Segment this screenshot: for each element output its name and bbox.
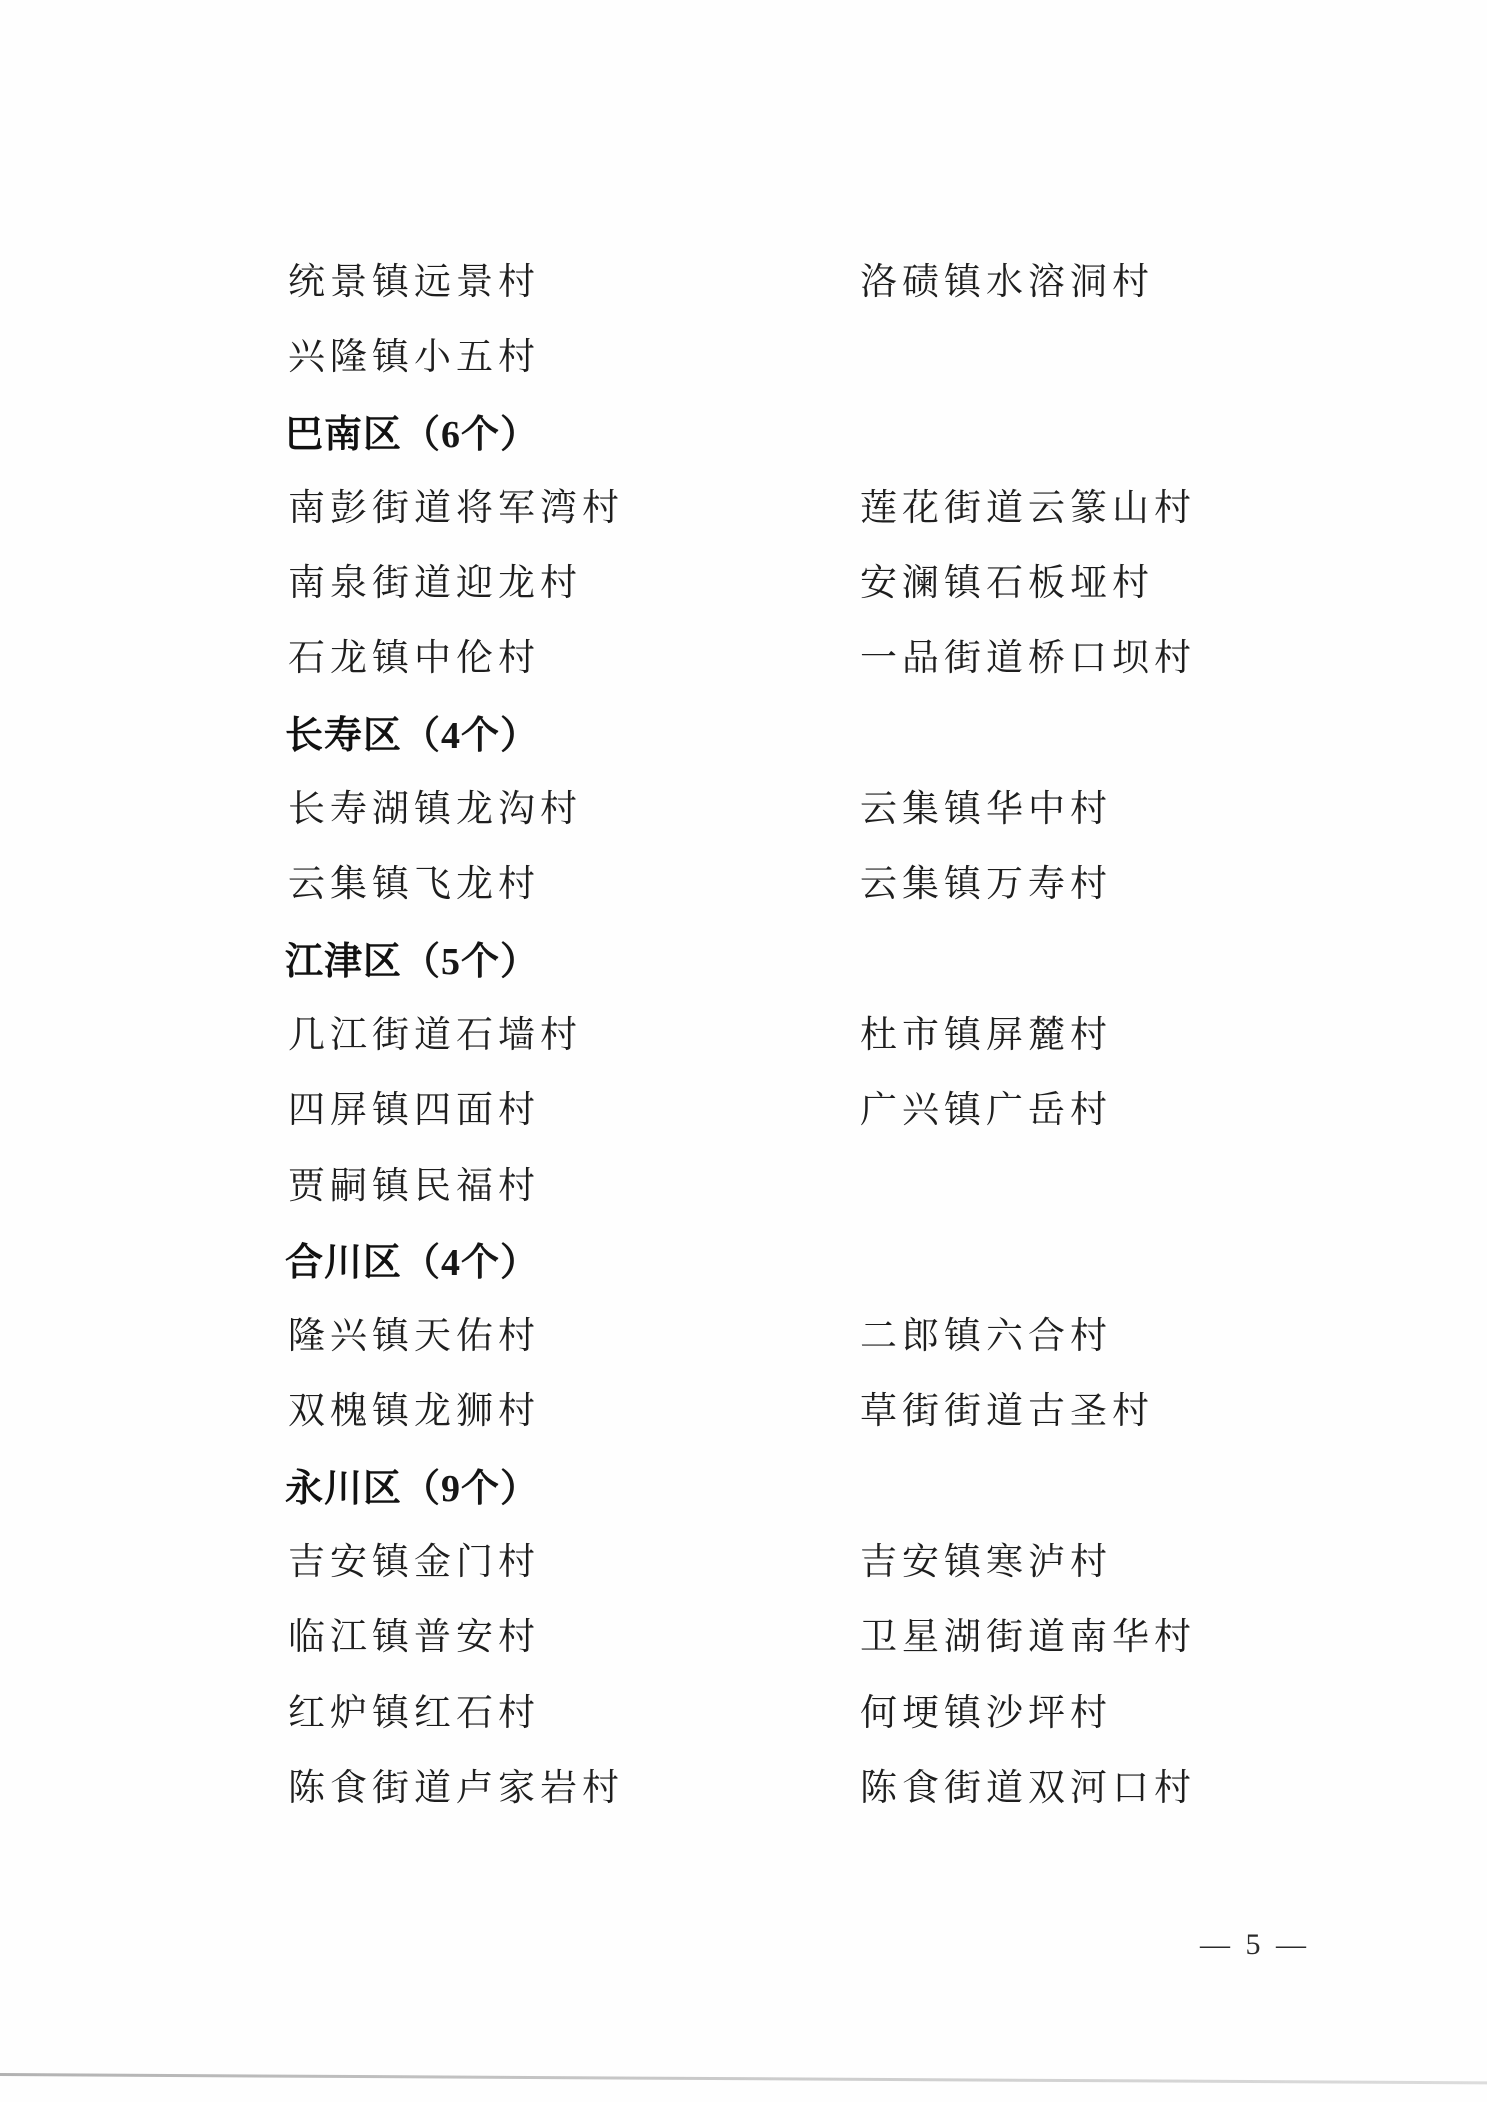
district-heading: 巴南区（6个） <box>285 413 539 457</box>
village-name: 吉安镇金门村 <box>288 1542 860 1584</box>
village-name: 云集镇华中村 <box>860 789 1112 831</box>
scan-artifact-line <box>0 2073 1487 2084</box>
district-name: 巴南区 <box>285 414 402 456</box>
document-page: 统景镇远景村 洛碛镇水溶洞村 兴隆镇小五村 巴南区（6个） 南彭街道将军湾村 莲… <box>0 0 1487 2102</box>
village-name: 几江街道石墙村 <box>288 1015 860 1057</box>
village-row: 贾嗣镇民福村 <box>0 1166 1487 1241</box>
village-row: 统景镇远景村 洛碛镇水溶洞村 <box>0 262 1487 337</box>
village-name: 杜市镇屏麓村 <box>860 1015 1112 1057</box>
village-name: 统景镇远景村 <box>288 262 860 304</box>
village-row: 石龙镇中伦村 一品街道桥口坝村 <box>0 638 1487 713</box>
village-name: 洛碛镇水溶洞村 <box>860 262 1154 304</box>
district-heading-row: 合川区（4个） <box>0 1241 1487 1316</box>
village-name: 吉安镇寒泸村 <box>860 1542 1112 1584</box>
village-list: 统景镇远景村 洛碛镇水溶洞村 兴隆镇小五村 巴南区（6个） 南彭街道将军湾村 莲… <box>0 262 1487 1843</box>
village-row: 云集镇飞龙村 云集镇万寿村 <box>0 864 1487 939</box>
village-name: 四屏镇四面村 <box>288 1090 860 1132</box>
village-name: 何埂镇沙坪村 <box>860 1693 1112 1735</box>
village-row: 兴隆镇小五村 <box>0 337 1487 412</box>
village-row: 四屏镇四面村 广兴镇广岳村 <box>0 1090 1487 1165</box>
village-name: 陈食街道卢家岩村 <box>288 1768 860 1810</box>
district-heading-row: 江津区（5个） <box>0 940 1487 1015</box>
village-name: 双槐镇龙狮村 <box>288 1391 860 1433</box>
village-name: 南彭街道将军湾村 <box>288 488 860 530</box>
village-name: 陈食街道双河口村 <box>860 1768 1196 1810</box>
village-name: 长寿湖镇龙沟村 <box>288 789 860 831</box>
village-row: 长寿湖镇龙沟村 云集镇华中村 <box>0 789 1487 864</box>
village-name: 云集镇万寿村 <box>860 864 1112 906</box>
village-name: 莲花街道云篆山村 <box>860 488 1196 530</box>
village-row: 陈食街道卢家岩村 陈食街道双河口村 <box>0 1768 1487 1843</box>
village-name: 南泉街道迎龙村 <box>288 563 860 605</box>
village-row: 吉安镇金门村 吉安镇寒泸村 <box>0 1542 1487 1617</box>
village-row: 双槐镇龙狮村 草街街道古圣村 <box>0 1391 1487 1466</box>
village-row: 红炉镇红石村 何埂镇沙坪村 <box>0 1693 1487 1768</box>
village-name: 卫星湖街道南华村 <box>860 1617 1196 1659</box>
village-name: 一品街道桥口坝村 <box>860 638 1196 680</box>
village-name: 贾嗣镇民福村 <box>288 1166 860 1208</box>
village-name: 兴隆镇小五村 <box>288 337 860 379</box>
village-name: 二郎镇六合村 <box>860 1316 1112 1358</box>
district-heading: 江津区（5个） <box>285 940 539 984</box>
district-name: 江津区 <box>285 941 402 983</box>
village-row: 隆兴镇天佑村 二郎镇六合村 <box>0 1316 1487 1391</box>
district-count: （4个） <box>402 715 539 757</box>
district-name: 长寿区 <box>285 715 402 757</box>
village-name: 石龙镇中伦村 <box>288 638 860 680</box>
district-count: （9个） <box>402 1468 539 1510</box>
village-row: 几江街道石墙村 杜市镇屏麓村 <box>0 1015 1487 1090</box>
village-name: 红炉镇红石村 <box>288 1693 860 1735</box>
village-name: 广兴镇广岳村 <box>860 1090 1112 1132</box>
district-count: （6个） <box>402 414 539 456</box>
village-row: 临江镇普安村 卫星湖街道南华村 <box>0 1617 1487 1692</box>
district-heading-row: 巴南区（6个） <box>0 413 1487 488</box>
village-row: 南泉街道迎龙村 安澜镇石板垭村 <box>0 563 1487 638</box>
district-heading-row: 永川区（9个） <box>0 1467 1487 1542</box>
village-name: 草街街道古圣村 <box>860 1391 1154 1433</box>
village-name: 隆兴镇天佑村 <box>288 1316 860 1358</box>
district-name: 合川区 <box>285 1242 402 1284</box>
district-heading-row: 长寿区（4个） <box>0 714 1487 789</box>
district-heading: 合川区（4个） <box>285 1241 539 1285</box>
village-name: 云集镇飞龙村 <box>288 864 860 906</box>
district-name: 永川区 <box>285 1468 402 1510</box>
page-number: — 5 — <box>1200 1928 1310 1962</box>
village-row: 南彭街道将军湾村 莲花街道云篆山村 <box>0 488 1487 563</box>
village-name: 安澜镇石板垭村 <box>860 563 1154 605</box>
district-count: （4个） <box>402 1242 539 1284</box>
district-heading: 永川区（9个） <box>285 1467 539 1511</box>
district-count: （5个） <box>402 941 539 983</box>
district-heading: 长寿区（4个） <box>285 714 539 758</box>
village-name: 临江镇普安村 <box>288 1617 860 1659</box>
